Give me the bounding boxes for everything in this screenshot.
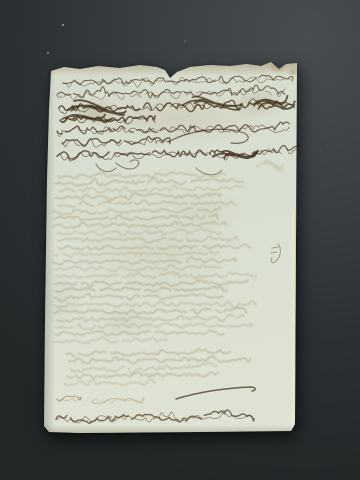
manuscript-paper <box>0 0 360 480</box>
photo-background <box>0 0 360 480</box>
faded-text-block <box>53 160 283 385</box>
handwriting-layer <box>0 0 360 480</box>
page-edge-highlight <box>290 210 297 432</box>
bottom-edge-shadow <box>44 425 296 433</box>
ink-bleedthrough-script <box>56 396 254 423</box>
paper-shadow <box>0 0 360 480</box>
